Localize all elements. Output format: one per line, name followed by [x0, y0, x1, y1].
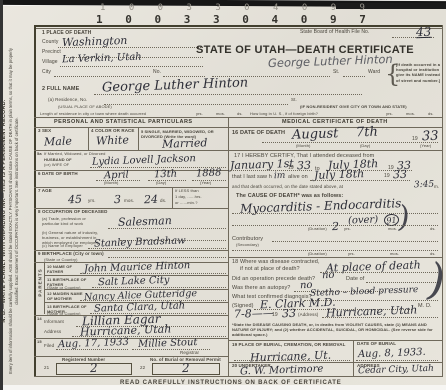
- us-mos: mos.: [406, 112, 415, 116]
- dob-month-cap: (Month): [104, 181, 118, 185]
- dod-line: [262, 142, 438, 143]
- occupation-c-line: [88, 248, 226, 249]
- father-label: 10 NAME OF FATHER: [47, 264, 83, 274]
- sign-address-line: [322, 317, 438, 318]
- sign-year: 33: [282, 308, 296, 319]
- cause-duration-value: 2: [332, 221, 339, 232]
- dob-day-cap: (Day): [156, 181, 166, 185]
- age-mos-cap: mos.: [124, 199, 134, 204]
- nonresident-note: (IF NON-RESIDENT GIVE CITY OR TOWN AND S…: [300, 105, 407, 109]
- city-line: [54, 76, 150, 77]
- stamped-number-faint: 1 0 0 3 3 0 4 0 9 9: [100, 3, 374, 13]
- registered-number-item: 21: [44, 366, 49, 371]
- length-mos: mos.: [216, 112, 225, 116]
- dod-month-cap: (Month): [296, 144, 310, 148]
- father-line: [80, 273, 226, 274]
- informant-address-label: Address: [44, 330, 61, 335]
- filed-label: Filed: [44, 344, 54, 349]
- last-saw-text: that I last saw h: [232, 174, 272, 180]
- length-residence-label: Length of residence in city or town wher…: [40, 112, 146, 116]
- street-label: St.: [333, 70, 339, 76]
- last-saw-year: 33: [393, 169, 407, 180]
- dod-label: 16 DATE OF DEATH: [232, 130, 285, 136]
- residence-st-label: St.: [291, 98, 297, 103]
- parents-vertical-label: PARENTS: [38, 268, 43, 296]
- ward-line: [343, 76, 365, 77]
- registered-number-value: 2: [90, 362, 98, 374]
- father-bp-line: [92, 287, 226, 288]
- occupation-a-line: [108, 228, 226, 229]
- frame-bottom: [34, 376, 443, 377]
- saw-19: 19: [384, 174, 390, 180]
- row-rule-15: [228, 340, 443, 341]
- age-months: 3: [114, 194, 121, 205]
- address-cap: (Address): [298, 313, 318, 318]
- dod-day-cap: (Day): [360, 144, 370, 148]
- us-ds: ds.: [428, 112, 434, 116]
- marital-value: Married: [162, 137, 208, 150]
- precinct-label: Precinct: [42, 50, 61, 56]
- dob-label: 6 DATE OF BIRTH: [38, 172, 78, 177]
- burial-divider: [353, 340, 354, 377]
- county-line: [58, 47, 203, 48]
- column-divider: [228, 117, 229, 377]
- age-less-3: or ......min.?: [175, 201, 198, 205]
- length-yrs: yrs.: [196, 112, 203, 116]
- age-less-1: If LESS than: [175, 189, 199, 193]
- sign-date: 7-8——: [234, 307, 274, 319]
- where-contracted-2: if not at place of death?: [240, 266, 300, 272]
- alive-on-text: alive on: [288, 174, 308, 180]
- margin-note: N. B.—WRITE PLAINLY WITH UNFADING INK—TH…: [1, 39, 31, 383]
- operation-value: no: [322, 271, 335, 281]
- residence-sub-label: (USUAL PLACE OF ABODE): [58, 105, 112, 109]
- age-label: 7 AGE: [38, 189, 52, 194]
- autopsy-label: Was there an autopsy?: [232, 285, 290, 291]
- margin-note-detail: Every item of information should be care…: [7, 39, 19, 383]
- last-saw-him: im: [274, 172, 286, 181]
- dob-year-cap: (Year): [200, 181, 211, 185]
- informant-address-line: [72, 336, 226, 337]
- full-name-label: 2 FULL NAME: [42, 86, 79, 92]
- footer-instructions: READ CAREFULLY INSTRUCTIONS ON BACK OF C…: [120, 380, 342, 387]
- age-ds-cap: ds.: [160, 199, 166, 204]
- age-yrs-cap: yrs.: [88, 199, 96, 204]
- duration-cap-2: (Duration): [308, 252, 327, 256]
- last-saw-date: July 18th: [314, 168, 365, 181]
- file-no-label: State Board of Health File No.: [300, 30, 369, 36]
- md-label: M. D.: [418, 303, 432, 309]
- section-row-top: [34, 117, 443, 118]
- duration-yrs-2: yrs.: [348, 252, 355, 256]
- dob-day: 13th: [154, 170, 178, 181]
- dob-day-line: [148, 180, 186, 181]
- age-less-2: 1 day, ......hrs.: [175, 195, 202, 199]
- frame-top: [34, 25, 443, 27]
- frame-left: [34, 25, 36, 377]
- occupation-a-value: Salesman: [118, 215, 172, 228]
- filed-number: 15: [37, 340, 42, 344]
- where-line: [320, 272, 438, 273]
- how-long-us-label: How long in U. S., if of foreign birth?: [250, 112, 318, 116]
- occupation-a-label: (a) Trade, profession or particular kind…: [42, 216, 104, 226]
- cause-footnote: *State the DISEASE CAUSING DEATH, or, in…: [232, 322, 438, 338]
- length-ds: ds.: [237, 112, 243, 116]
- age-days: 24: [144, 194, 158, 205]
- sex-race-divider: [88, 127, 89, 150]
- age-years: 45: [68, 194, 82, 205]
- spouse-line3: (or) WIFE OF: [44, 163, 69, 167]
- death-occurred-text: and that death occurred, on the date sta…: [232, 185, 343, 190]
- burial-date-label: DATE OF BURIAL: [357, 342, 396, 347]
- death-time: 3:45: [414, 181, 435, 191]
- age-divider: [172, 187, 173, 208]
- duration-mos-1: mos.: [388, 227, 397, 231]
- burial-label: 19 PLACE OF BURIAL, CREMATION, OR REMOVA…: [232, 342, 348, 348]
- informant-label: Informant: [44, 320, 64, 325]
- saw-line: [310, 180, 410, 181]
- informant-number: 14: [37, 317, 42, 321]
- residence-line: [104, 104, 288, 105]
- row-rule-13: [228, 150, 443, 151]
- hospital-note: [If death occurred in a hospital or inst…: [396, 62, 442, 83]
- city-label: City: [42, 70, 51, 76]
- filed-line: [56, 349, 128, 350]
- residence-label: (a) Residence, No.: [48, 98, 87, 103]
- ward-label: Ward: [368, 70, 380, 76]
- permit-item: 22: [140, 366, 145, 371]
- frame-right: [442, 25, 443, 377]
- sex-label: 3 SEX: [38, 129, 51, 134]
- frame-top-inner: [34, 28, 443, 29]
- file-no-value: 43: [416, 26, 432, 39]
- birthplace-line: [108, 257, 226, 258]
- full-name-line: [94, 94, 362, 95]
- dod-year-cap: (Year): [420, 144, 431, 148]
- dod-day: 7th: [356, 126, 378, 140]
- contributory-line-2: [232, 250, 438, 251]
- race-marital-divider: [138, 127, 139, 150]
- duration-cap-1: (Duration): [308, 227, 327, 231]
- dod-month: August: [292, 127, 339, 142]
- left-section-title: PERSONAL AND STATISTICAL PARTICULARS: [54, 119, 193, 125]
- death-m: m.: [434, 185, 439, 190]
- secondary-cap: (Secondary): [236, 243, 259, 247]
- date-of-label: Date of: [346, 276, 364, 282]
- where-contracted-1: 18 Where was disease contracted,: [232, 259, 320, 265]
- village-label: Village: [42, 60, 58, 66]
- race-value: White: [96, 134, 129, 146]
- permit-value: 2: [182, 362, 190, 374]
- duration-mos-2: mos.: [390, 252, 399, 256]
- occupation-c-label: (c) Name of Employer: [42, 244, 83, 248]
- occupation-label: 8 OCCUPATION OF DECEASED: [38, 210, 108, 215]
- us-yrs: yrs.: [386, 112, 393, 116]
- duration-ds-1: ds.: [430, 227, 436, 231]
- village-line: [60, 66, 203, 67]
- county-label: County: [42, 40, 58, 46]
- sex-value: Male: [44, 136, 72, 148]
- row-rule-3: [34, 187, 228, 188]
- sign-19: 19: [272, 313, 278, 319]
- spouse-number: 5a: [37, 152, 42, 156]
- burial-line: [234, 360, 350, 361]
- contributory-line: [272, 241, 438, 242]
- dob-year: 1888: [196, 169, 222, 180]
- city-no-label: No.: [153, 70, 161, 76]
- from-line: [230, 170, 312, 171]
- parents-divider: [44, 262, 45, 314]
- burial-date-line: [356, 360, 438, 361]
- duration-yrs-1: yrs.: [344, 227, 351, 231]
